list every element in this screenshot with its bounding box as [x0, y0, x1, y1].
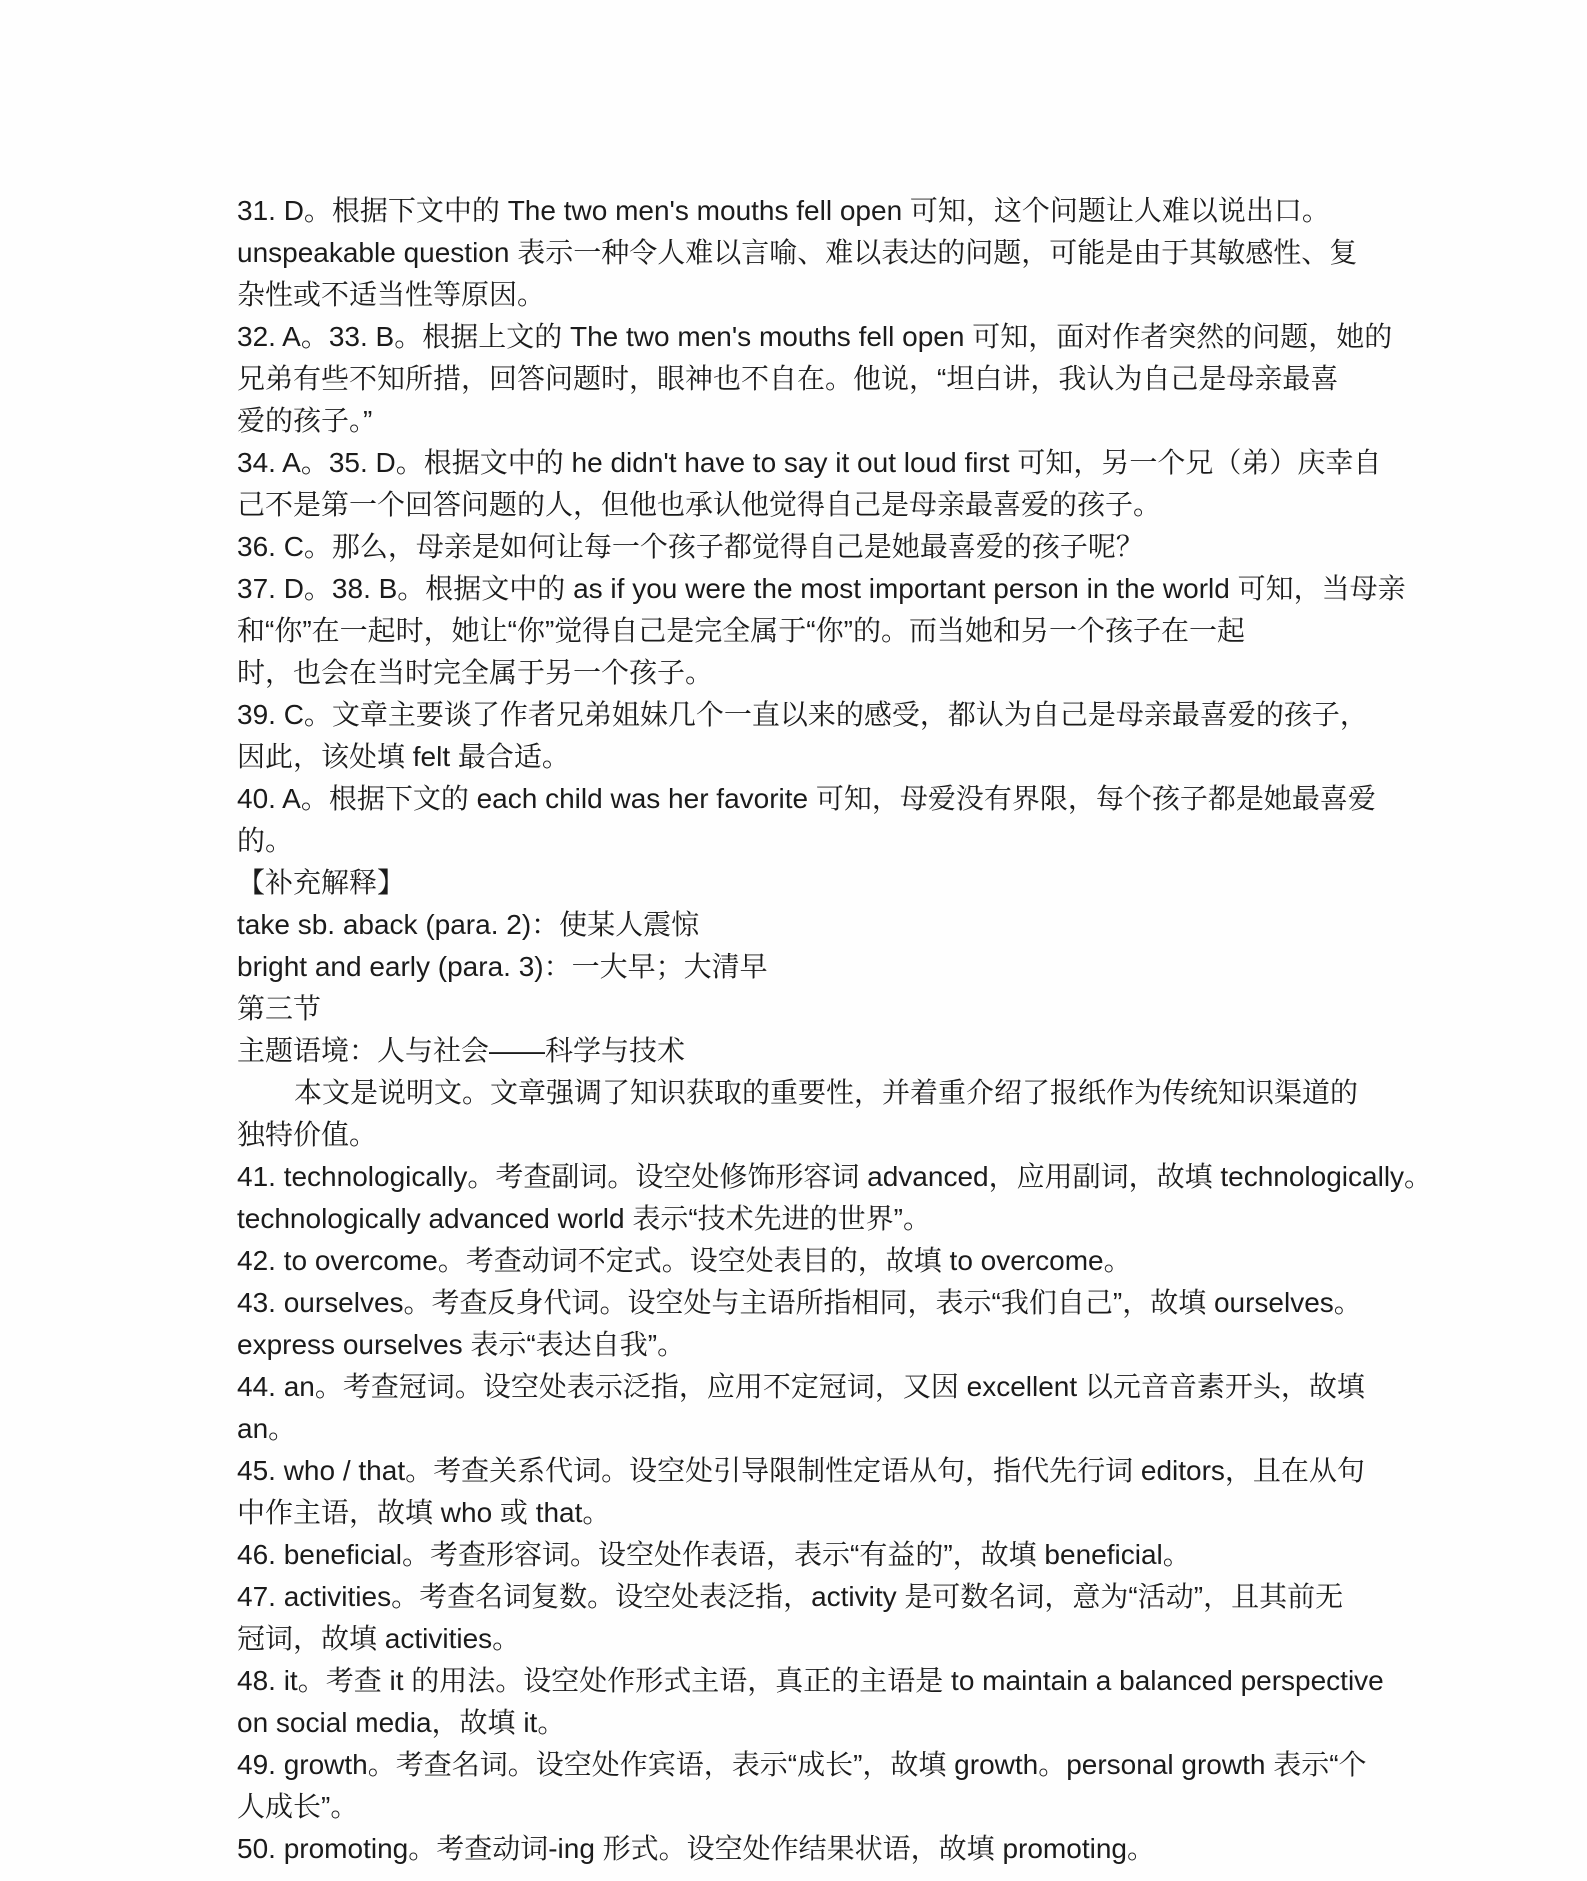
- answer-line: 49. growth。考查名词。设空处作宾语，表示“成长”，故填 growth。…: [237, 1744, 1367, 1786]
- answer-line: 41. technologically。考查副词。设空处修饰形容词 advanc…: [237, 1156, 1367, 1198]
- answer-line: 43. ourselves。考查反身代词。设空处与主语所指相同，表示“我们自己”…: [237, 1282, 1367, 1324]
- supplement-entry: bright and early (para. 3)：一大早；大清早: [237, 946, 1367, 988]
- answers-31-40-section: 31. D。根据下文中的 The two men's mouths fell o…: [237, 190, 1367, 862]
- answer-line: 42. to overcome。考查动词不定式。设空处表目的，故填 to ove…: [237, 1240, 1367, 1282]
- answer-line: express ourselves 表示“表达自我”。: [237, 1324, 1367, 1366]
- answer-line: an。: [237, 1408, 1367, 1450]
- section-heading: 第三节: [237, 988, 1367, 1030]
- answer-line: 中作主语，故填 who 或 that。: [237, 1492, 1367, 1534]
- summary-line: 本文是说明文。文章强调了知识获取的重要性，并着重介绍了报纸作为传统知识渠道的: [237, 1072, 1367, 1114]
- answer-line: technologically advanced world 表示“技术先进的世…: [237, 1198, 1367, 1240]
- text-content: 31. D。根据下文中的 The two men's mouths fell o…: [237, 190, 1367, 1870]
- answer-line: 因此，该处填 felt 最合适。: [237, 736, 1367, 778]
- answer-line: 44. an。考查冠词。设空处表示泛指，应用不定冠词，又因 excellent …: [237, 1366, 1367, 1408]
- section-3-intro-section: 第三节 主题语境：人与社会——科学与技术 本文是说明文。文章强调了知识获取的重要…: [237, 988, 1367, 1156]
- answer-line: 和“你”在一起时，她让“你”觉得自己是完全属于“你”的。而当她和另一个孩子在一起: [237, 610, 1367, 652]
- answer-line: 40. A。根据下文的 each child was her favorite …: [237, 778, 1367, 820]
- answer-line: 爱的孩子。”: [237, 400, 1367, 442]
- answer-line: 50. promoting。考查动词-ing 形式。设空处作结果状语，故填 pr…: [237, 1828, 1367, 1870]
- answer-line: 兄弟有些不知所措，回答问题时，眼神也不自在。他说，“坦白讲，我认为自己是母亲最喜: [237, 358, 1367, 400]
- answer-line: 32. A。33. B。根据上文的 The two men's mouths f…: [237, 316, 1367, 358]
- answers-41-50-section: 41. technologically。考查副词。设空处修饰形容词 advanc…: [237, 1156, 1367, 1870]
- answer-line: 的。: [237, 820, 1367, 862]
- answer-line: on social media，故填 it。: [237, 1702, 1367, 1744]
- answer-line: 45. who / that。考查关系代词。设空处引导限制性定语从句，指代先行词…: [237, 1450, 1367, 1492]
- answer-line: 人成长”。: [237, 1786, 1367, 1828]
- answer-line: 31. D。根据下文中的 The two men's mouths fell o…: [237, 190, 1367, 232]
- document-page: 31. D。根据下文中的 The two men's mouths fell o…: [0, 0, 1587, 1881]
- answer-line: 34. A。35. D。根据文中的 he didn't have to say …: [237, 442, 1367, 484]
- summary-line: 独特价值。: [237, 1114, 1367, 1156]
- theme-line: 主题语境：人与社会——科学与技术: [237, 1030, 1367, 1072]
- answer-line: 47. activities。考查名词复数。设空处表泛指，activity 是可…: [237, 1576, 1367, 1618]
- supplement-notes-section: 【补充解释】 take sb. aback (para. 2)：使某人震惊 br…: [237, 862, 1367, 988]
- answer-line: 46. beneficial。考查形容词。设空处作表语，表示“有益的”，故填 b…: [237, 1534, 1367, 1576]
- answer-line: 时，也会在当时完全属于另一个孩子。: [237, 652, 1367, 694]
- answer-line: 己不是第一个回答问题的人，但他也承认他觉得自己是母亲最喜爱的孩子。: [237, 484, 1367, 526]
- supplement-header: 【补充解释】: [237, 862, 1367, 904]
- answer-line: 冠词，故填 activities。: [237, 1618, 1367, 1660]
- answer-line: unspeakable question 表示一种令人难以言喻、难以表达的问题，…: [237, 232, 1367, 274]
- answer-line: 37. D。38. B。根据文中的 as if you were the mos…: [237, 568, 1367, 610]
- answer-line: 杂性或不适当性等原因。: [237, 274, 1367, 316]
- answer-line: 48. it。考查 it 的用法。设空处作形式主语，真正的主语是 to main…: [237, 1660, 1367, 1702]
- supplement-entry: take sb. aback (para. 2)：使某人震惊: [237, 904, 1367, 946]
- answer-line: 39. C。文章主要谈了作者兄弟姐妹几个一直以来的感受，都认为自己是母亲最喜爱的…: [237, 694, 1367, 736]
- answer-line: 36. C。那么，母亲是如何让每一个孩子都觉得自己是她最喜爱的孩子呢？: [237, 526, 1367, 568]
